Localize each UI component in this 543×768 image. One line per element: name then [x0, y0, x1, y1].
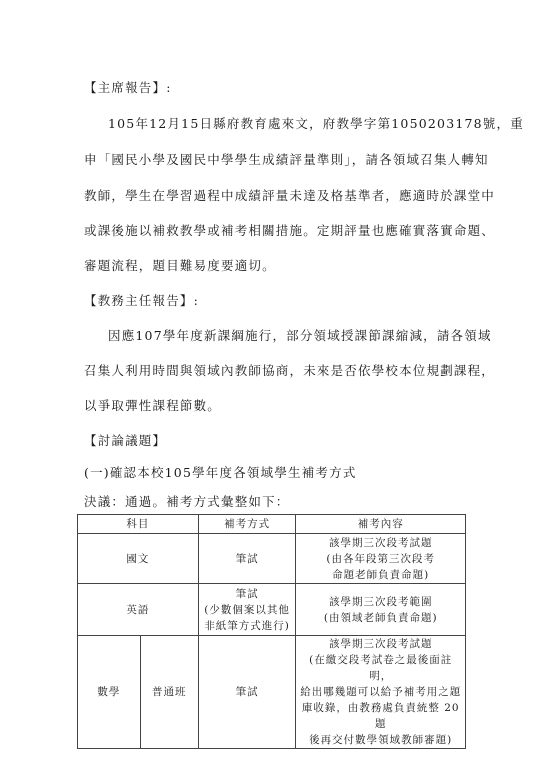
subject-cell: 國文: [78, 534, 199, 584]
chair-report-line: 教師，學生在學習過程中成績評量未達及格基準者，應適時於課堂中: [84, 188, 468, 204]
discussion-heading: 【討論議題】: [84, 433, 166, 449]
content-line: 該學期三次段考試題: [298, 535, 463, 551]
method-line: 非紙筆方式進行): [201, 618, 294, 634]
discussion-resolution: 決議：通過。補考方式彙整如下：: [84, 494, 290, 510]
table-header-row: 科目 補考方式 補考內容: [78, 515, 466, 534]
academic-report-line: 以爭取彈性課程節數。: [84, 398, 468, 414]
class-type-cell: 普通班: [140, 636, 198, 749]
method-cell: 筆試: [198, 534, 296, 584]
chair-report-line: 申「國民小學及國民中學學生成績評量準則」，請各領域召集人轉知: [84, 152, 468, 168]
makeup-exam-table: 科目 補考方式 補考內容 國文 筆試 該學期三次段考試題 (由各年段第三次段考 …: [77, 514, 466, 749]
academic-report-heading: 【教務主任報告】:: [84, 293, 199, 309]
content-line: 該學期三次段考試題: [298, 636, 463, 652]
table-row: 數學 普通班 筆試 該學期三次段考試題 (在繳交段考試卷之最後面註明， 給出哪幾…: [78, 636, 466, 749]
document-page: 【主席報告】: 105年12月15日縣府教育處來文，府教學字第105020317…: [0, 0, 543, 768]
content-line: 給出哪幾題可以給予補考用之題: [298, 684, 463, 700]
method-line: (少數個案以其他: [201, 602, 294, 618]
table-row: 英語 筆試 (少數個案以其他 非紙筆方式進行) 該學期三次段考範圍 (由領域老師…: [78, 584, 466, 636]
content-line: (在繳交段考試卷之最後面註明，: [298, 652, 463, 684]
header-method: 補考方式: [198, 515, 296, 534]
chair-report-heading: 【主席報告】:: [84, 80, 172, 96]
content-line: (由領域老師負責命題): [298, 610, 463, 626]
method-cell: 筆試: [198, 636, 296, 749]
subject-cell: 數學: [78, 636, 141, 749]
academic-report-line: 召集人利用時間與領域內教師協商，未來是否依學校本位規劃課程，: [84, 363, 468, 379]
method-line: 筆試: [201, 684, 294, 700]
discussion-item-title: (一)確認本校105學年度各領域學生補考方式: [84, 465, 357, 481]
content-line: 命題老師負責命題): [298, 567, 463, 583]
header-subject: 科目: [78, 515, 199, 534]
method-line: 筆試: [201, 586, 294, 602]
subject-cell: 英語: [78, 584, 199, 636]
content-line: 後再交付數學領域教師審題): [298, 732, 463, 748]
chair-report-line: 或課後施以補救教學或補考相關措施。定期評量也應確實落實命題、: [84, 223, 468, 239]
content-line: 該學期三次段考範圍: [298, 594, 463, 610]
content-line: (由各年段第三次段考: [298, 551, 463, 567]
header-content: 補考內容: [296, 515, 466, 534]
method-line: 筆試: [201, 551, 294, 567]
table-row: 國文 筆試 該學期三次段考試題 (由各年段第三次段考 命題老師負責命題): [78, 534, 466, 584]
chair-report-line: 105年12月15日縣府教育處來文，府教學字第1050203178號，重: [108, 116, 524, 132]
chair-report-line: 審題流程，題目難易度要適切。: [84, 258, 468, 274]
content-line: 庫收錄，由教務處負責統整 20 題: [298, 700, 463, 732]
content-cell: 該學期三次段考試題 (由各年段第三次段考 命題老師負責命題): [296, 534, 466, 584]
content-cell: 該學期三次段考試題 (在繳交段考試卷之最後面註明， 給出哪幾題可以給予補考用之題…: [296, 636, 466, 749]
content-cell: 該學期三次段考範圍 (由領域老師負責命題): [296, 584, 466, 636]
method-cell: 筆試 (少數個案以其他 非紙筆方式進行): [198, 584, 296, 636]
academic-report-line: 因應107學年度新課綱施行，部分領域授課節課縮減，請各領域: [108, 328, 492, 344]
